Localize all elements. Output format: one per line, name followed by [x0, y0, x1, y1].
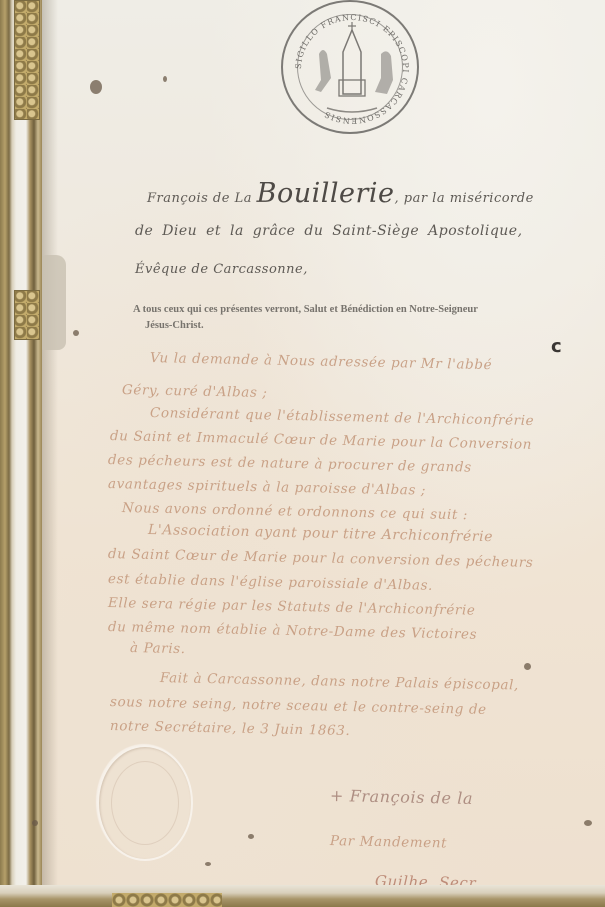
- stain: [163, 76, 167, 82]
- frame-ornament-top: [14, 0, 40, 120]
- header-line-1: François de La Bouillerie, par la miséri…: [147, 178, 534, 209]
- bishop-name: Bouillerie: [257, 178, 395, 209]
- salutation-line-1: A tous ceux qui ces présentes verront, S…: [133, 304, 478, 315]
- embossed-seal-icon: [97, 745, 193, 861]
- stain: [73, 330, 79, 336]
- by-order-label: Par Mandement: [330, 833, 447, 851]
- stain: [90, 80, 102, 94]
- paper-damage-patch: [42, 255, 66, 350]
- bishop-signature: + François de la: [330, 786, 474, 808]
- frame-left: [0, 0, 42, 907]
- stain: [248, 834, 254, 839]
- body-line: à Paris.: [130, 640, 186, 657]
- episcopal-seal: SIGILLO FRANCISCI EPISCOPI CARCASSONENSI…: [281, 0, 419, 134]
- paper-shadow: [42, 0, 58, 890]
- stain: [32, 820, 38, 826]
- frame-ornament-bottom: [112, 893, 222, 907]
- body-line: Géry, curé d'Albas ;: [122, 382, 268, 401]
- frame-bottom: [0, 885, 605, 907]
- ink-mark: c: [551, 336, 562, 357]
- header-line-3: Évêque de Carcassonne,: [135, 262, 308, 277]
- episcopal-seal-icon: SIGILLO FRANCISCI EPISCOPI CARCASSONENSI…: [283, 2, 421, 136]
- header-suffix: , par la miséricorde: [395, 191, 534, 206]
- embossed-seal-inner: [111, 761, 179, 845]
- stain: [205, 862, 211, 866]
- header-line-2: de Dieu et la grâce du Saint-Siège Apost…: [135, 223, 523, 239]
- salutation-line-2: Jésus-Christ.: [145, 320, 204, 331]
- stain: [524, 663, 531, 670]
- frame-ornament-middle: [14, 290, 40, 340]
- stain: [584, 820, 592, 826]
- header-prefix: François de La: [147, 191, 252, 206]
